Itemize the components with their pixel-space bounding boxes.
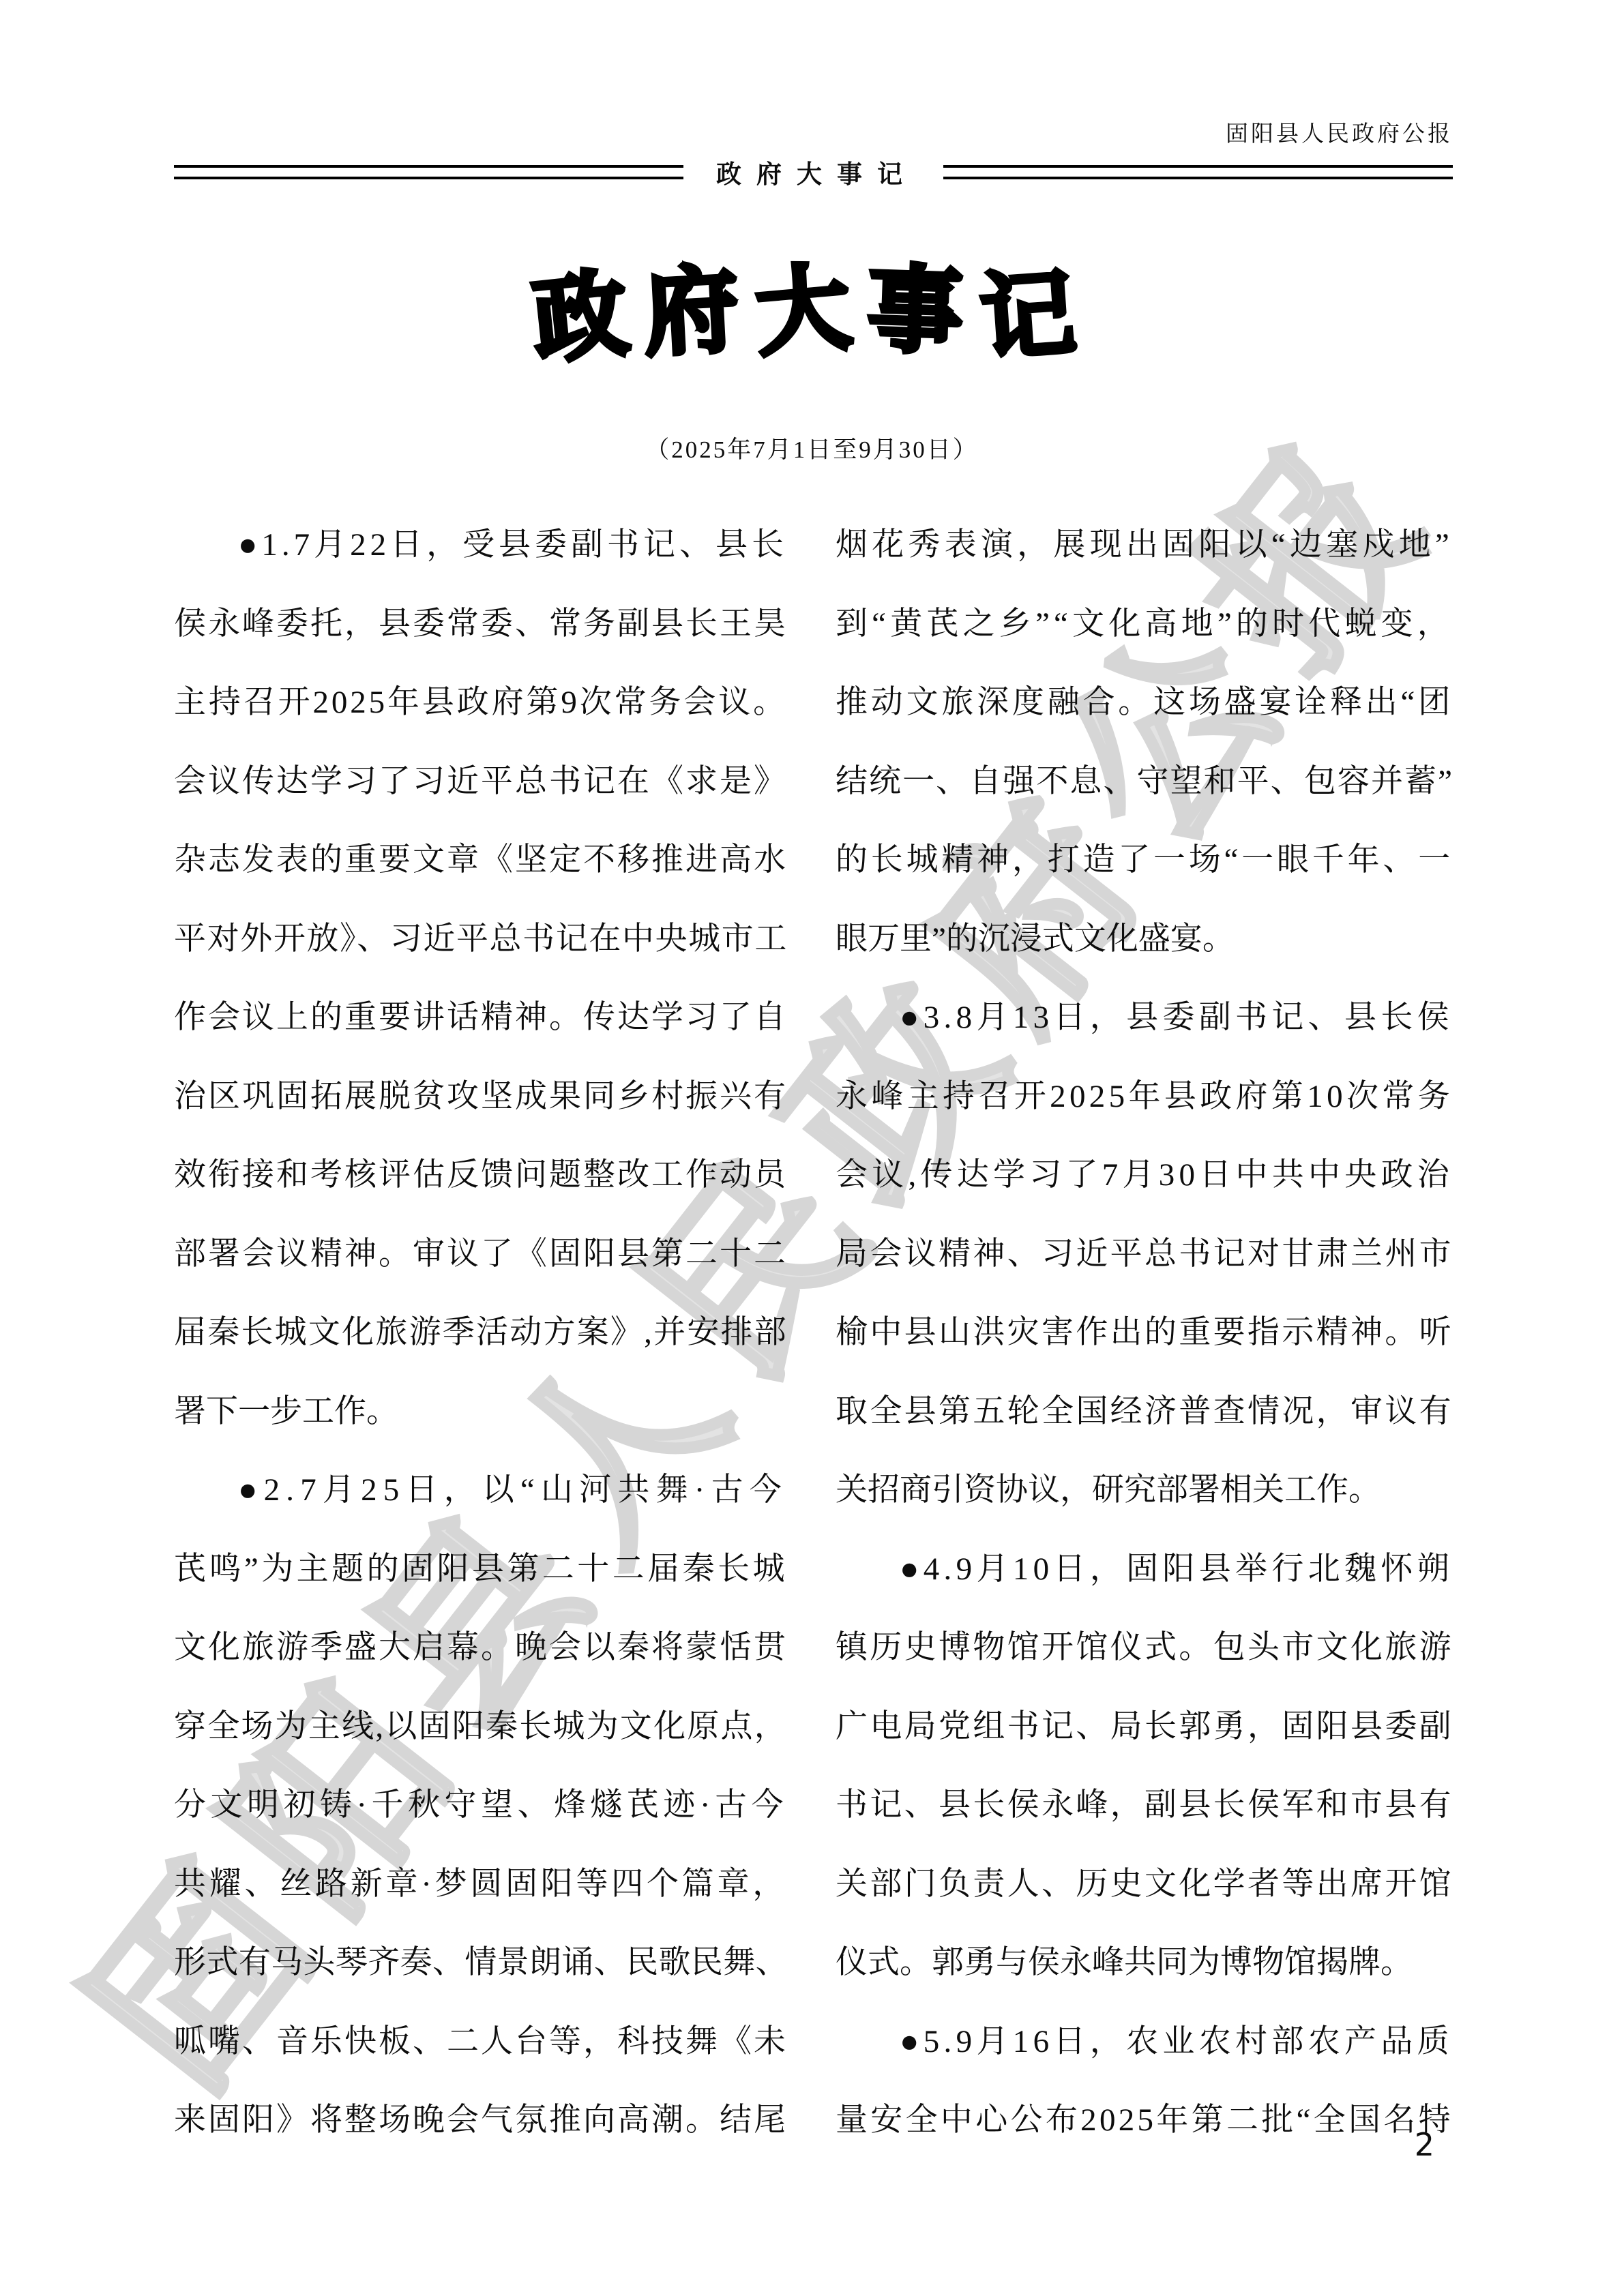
page-number: 2 [1415, 2126, 1434, 2163]
text-line: 会议传达学习了习近平总书记在《求是》 [174, 743, 788, 822]
text-line: 侯永峰委托，县委常委、常务副县长王昊 [174, 585, 788, 664]
text-line: 分文明初铸·千秋守望、烽燧芪迹·古今 [174, 1766, 788, 1845]
text-line: 广电局党组书记、局长郭勇，固阳县委副 [836, 1688, 1453, 1767]
text-line: 眼万里”的沉浸式文化盛宴。 [836, 900, 1453, 979]
text-line: 会议,传达学习了7月30日中共中央政治 [836, 1136, 1453, 1215]
page-title: 政府大事记 [0, 237, 1624, 372]
right-column: 烟花秀表演，展现出固阳以“边塞戍地”到“黄芪之乡”“文化高地”的时代蜕变，推动文… [836, 506, 1453, 2160]
text-line: 的长城精神，打造了一场“一眼千年、一 [836, 821, 1453, 900]
text-line: 关部门负责人、历史文化学者等出席开馆 [836, 1845, 1453, 1924]
running-header-title: 政府大事记 [709, 153, 917, 190]
left-column: ●1.7月22日，受县委副书记、县长侯永峰委托，县委常委、常务副县长王昊主持召开… [174, 506, 788, 2160]
gazette-page: 固阳县人民政府公报 固阳县人民政府公报 政府大事记 政府大事记 （2025年7月… [0, 0, 1624, 2296]
header-rule-right [943, 165, 1453, 179]
text-line: 穿全场为主线,以固阳秦长城为文化原点， [174, 1688, 788, 1767]
text-line: 到“黄芪之乡”“文化高地”的时代蜕变， [836, 585, 1453, 664]
header-rule-left [174, 165, 683, 179]
text-line: 结统一、自强不息、守望和平、包容并蓄” [836, 743, 1453, 822]
text-line: 榆中县山洪灾害作出的重要指示精神。听 [836, 1294, 1453, 1373]
text-line: 镇历史博物馆开馆仪式。包头市文化旅游 [836, 1609, 1453, 1688]
text-line: 推动文旅深度融合。这场盛宴诠释出“团 [836, 664, 1453, 743]
text-line: ●1.7月22日，受县委副书记、县长 [174, 506, 788, 585]
text-line: 文化旅游季盛大启幕。晚会以秦将蒙恬贯 [174, 1609, 788, 1688]
text-line: 作会议上的重要讲话精神。传达学习了自 [174, 979, 788, 1058]
text-line: 平对外开放》、习近平总书记在中央城市工 [174, 900, 788, 979]
text-line: ●5.9月16日，农业农村部农产品质 [836, 2003, 1453, 2082]
text-line: 烟花秀表演，展现出固阳以“边塞戍地” [836, 506, 1453, 585]
text-line: ●3.8月13日，县委副书记、县长侯 [836, 979, 1453, 1058]
text-line: 效衔接和考核评估反馈问题整改工作动员 [174, 1136, 788, 1215]
date-range-subtitle: （2025年7月1日至9月30日） [0, 431, 1624, 465]
text-line: 共耀、丝路新章·梦圆固阳等四个篇章， [174, 1845, 788, 1924]
running-header: 政府大事记 [174, 154, 1453, 190]
text-line: 永峰主持召开2025年县政府第10次常务 [836, 1058, 1453, 1137]
text-line: 署下一步工作。 [174, 1373, 788, 1452]
text-line: 治区巩固拓展脱贫攻坚成果同乡村振兴有 [174, 1058, 788, 1137]
text-line: 部署会议精神。审议了《固阳县第二十二 [174, 1215, 788, 1294]
text-line: 杂志发表的重要文章《坚定不移推进高水 [174, 821, 788, 900]
text-line: 仪式。郭勇与侯永峰共同为博物馆揭牌。 [836, 1924, 1453, 2003]
text-line: 量安全中心公布2025年第二批“全国名特 [836, 2081, 1453, 2160]
text-line: 届秦长城文化旅游季活动方案》,并安排部 [174, 1294, 788, 1373]
text-line: 形式有马头琴齐奏、情景朗诵、民歌民舞、 [174, 1924, 788, 2003]
text-line: 来固阳》将整场晚会气氛推向高潮。结尾 [174, 2081, 788, 2160]
text-line: 取全县第五轮全国经济普查情况，审议有 [836, 1373, 1453, 1452]
text-line: 呱嘴、音乐快板、二人台等，科技舞《未 [174, 2003, 788, 2082]
text-line: 主持召开2025年县政府第9次常务会议。 [174, 664, 788, 743]
text-line: ●2.7月25日，以“山河共舞·古今 [174, 1451, 788, 1530]
text-line: 局会议精神、习近平总书记对甘肃兰州市 [836, 1215, 1453, 1294]
masthead: 固阳县人民政府公报 [1226, 116, 1453, 148]
text-line: 芪鸣”为主题的固阳县第二十二届秦长城 [174, 1530, 788, 1609]
text-line: ●4.9月10日，固阳县举行北魏怀朔 [836, 1530, 1453, 1609]
text-line: 书记、县长侯永峰，副县长侯军和市县有 [836, 1766, 1453, 1845]
text-line: 关招商引资协议，研究部署相关工作。 [836, 1451, 1453, 1530]
